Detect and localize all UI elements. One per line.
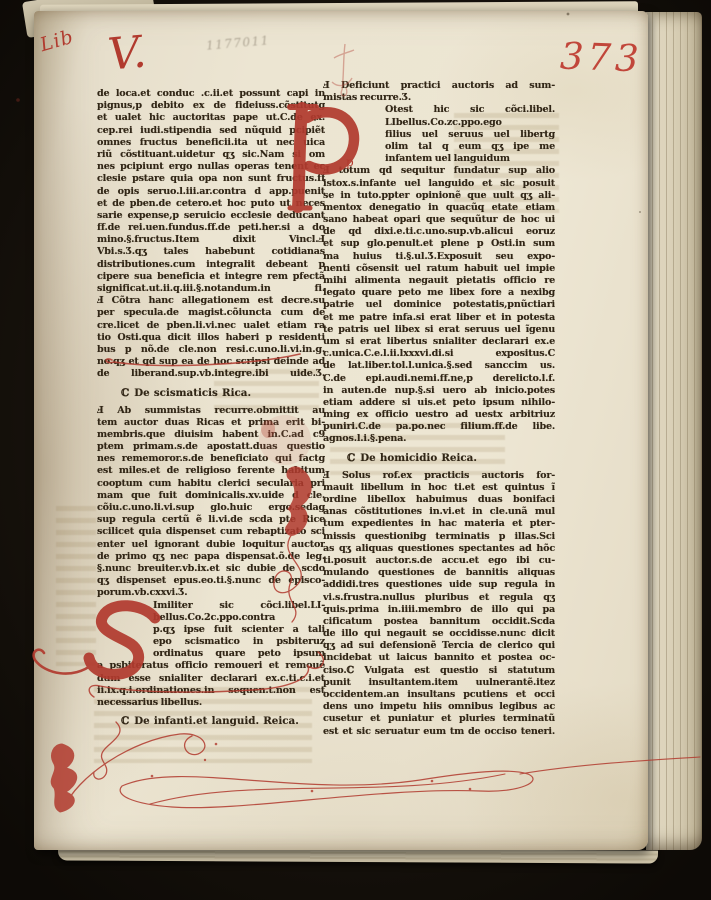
text-line: cificatum postea bannitum occidit.Scda <box>323 616 555 628</box>
text-line: qʒ dispenset epus.eo.ti.§.nunc de episco… <box>97 575 325 587</box>
text-line: Otest hic sic cõci.libel. <box>323 104 555 116</box>
text-line: et me patre infa.si erat liber et in pot… <box>323 312 555 324</box>
text-line: distributiones.cum integralit debeant p <box>97 259 325 271</box>
text-line: significat.ut.ii.q.iii.§.notandum.in fi. <box>97 283 325 295</box>
text-line: ii.ix.q.i.ordinationes.in sequen.t.non e… <box>97 685 325 697</box>
text-line: etiam addere si uis.et peto ipsum nihilo… <box>323 397 555 409</box>
text-line: olim tal q eum qʒ ipe me <box>323 141 555 153</box>
text-line: as qʒ aliquas questiones spectantes ad h… <box>323 543 555 555</box>
text-line: ciso.ℂ Vulgata est questio si statutum <box>323 665 555 677</box>
text-line: vi.s.frustra.nullus pluribus et regula q… <box>323 592 555 604</box>
text-line: Ⅎ Cõtra hanc allegationem est decre.su <box>97 295 325 307</box>
text-line: addidi.tres questiones uide sup regula i… <box>323 579 555 591</box>
text-line: mihi alimenta negauit pietatis officio r… <box>323 275 555 287</box>
text-line: um si erat libertus snialiter declarari … <box>323 336 555 348</box>
text-line: ti.posuit auctor.s.de accu.et ego ibi cu… <box>323 555 555 567</box>
text-line: cooptum cum habitu clerici secularia pri <box>97 478 325 490</box>
text-column-right: Ⅎ Deficiunt practici auctoris ad sum-mis… <box>323 80 555 738</box>
text-line: tum expedientes in hac materia et pter- <box>323 518 555 530</box>
section-heading-text: De homicidio Reica. <box>360 452 477 464</box>
text-line: filius uel seruus uel libertg <box>323 129 555 141</box>
text-line: C.de epi.audi.nemi.ff.ne,p derelicto.l.f… <box>323 373 555 385</box>
text-line: tio Osti.qua dicit illos haberi p reside… <box>97 332 325 344</box>
text-line: Ⅎ Deficiunt practici auctoris ad sum- <box>323 80 555 92</box>
text-line: Vbi.s.Ʒ.qʒ tales habebunt cotidianas <box>97 246 325 258</box>
text-line: cusetur et puniatur et pluries terminatũ <box>323 713 555 725</box>
guide-letter-p: p <box>346 155 354 169</box>
text-line: riũ cõstituant.uidetur qʒ sic.Nam si om <box>97 149 325 161</box>
text-line: cipere sua beneficia et integre rem pfec… <box>97 271 325 283</box>
text-line: dum esse snialiter declarari ex.c.ti.c.i… <box>97 673 325 685</box>
text-line: mino.§.fructus.Item dixit Vincl.Ⅎ <box>97 234 325 246</box>
text-line: et sup glo.penult.et plene p Osti.in sum <box>323 238 555 250</box>
text-line: occidentem.an insultans pcutiens et occi <box>323 689 555 701</box>
initial-paragraph-S: Imiliter sic cõci.libel.LI-bellus.Co.2c.… <box>97 600 325 710</box>
paragraph: Ⅎ Solus rof.ex practicis auctoris for-ma… <box>323 470 555 738</box>
text-line: nes rememoror.s.de beneficiato qui factg <box>97 453 325 465</box>
text-line: mauit libellum in hoc ti.et est quintus … <box>323 482 555 494</box>
text-line: anas cõstitutiones in.vi.et in cle.unã m… <box>323 506 555 518</box>
text-line: Ⅎ Ab summistas recurre.obmittit au <box>97 405 325 417</box>
manuscript-page: de loca.et conduc .c.ii.et possunt capi … <box>34 11 648 850</box>
text-line: cre.licet de pben.li.vi.nec ualet etiam … <box>97 320 325 332</box>
text-line: ordine libellox habuimus duas bonifaci <box>323 494 555 506</box>
text-line: §.nunc breuiter.vb.ix.et sic dubie de sc… <box>97 563 325 575</box>
text-line: c.unica.C.e.l.ii.lxxxvi.di.si expositus.… <box>323 348 555 360</box>
text-line: agnos.l.i.§.pena. <box>323 433 555 445</box>
text-line: membris.que diuisim habent in.C.ad c9 <box>97 429 325 441</box>
text-line: scilicet quia dispenset cum rebaptizato … <box>97 526 325 538</box>
text-line: sup regula certũ ẽ li.vi.de scda pte Ric… <box>97 514 325 526</box>
text-line: sano habeat opari que sequũtur de hoc ui <box>323 214 555 226</box>
folio-number: 373 <box>559 35 643 81</box>
text-line: Ⅎ Solus rof.ex practicis auctoris for- <box>323 470 555 482</box>
text-line: cõiu.c.uno.li.vi.sup glo.huic ergo.sedag <box>97 502 325 514</box>
text-line: LIbellus.Co.zc.ppo.ego <box>323 117 555 129</box>
text-line: enter uel ignorant dubie loquitur auctor <box>97 539 325 551</box>
text-line: nes pcipiunt ergo nullas operas tenent e… <box>97 161 325 173</box>
text-line: Imiliter sic cõci.libel.LI- <box>97 600 325 612</box>
text-line: missis questionibg terminatis p illas.Sc… <box>323 531 555 543</box>
paragraph: Ⅎ Deficiunt practici auctoris ad sum-mis… <box>323 80 555 104</box>
fore-edge-page-stack <box>646 12 702 850</box>
text-line: ma huius ti.§.ul.Ʒ.Exposuit seu expo- <box>323 251 555 263</box>
capitulum-mark: ℂ <box>347 452 355 464</box>
text-line: infantem uel languidum <box>323 153 555 165</box>
text-line: mulando questiones de bannitis aliquas <box>323 567 555 579</box>
initial-paragraph-P: Otest hic sic cõci.libel.LIbellus.Co.zc.… <box>323 104 555 445</box>
text-line: no.qʒ et qd sup ea de hoc scripsi deinde… <box>97 356 325 368</box>
paragraph: Ⅎ Ab summistas recurre.obmittit autem au… <box>97 405 325 600</box>
text-line: de opis seruo.l.iii.ar.contra d app.puen… <box>97 186 325 198</box>
text-line: necessarius libellus. <box>97 697 325 709</box>
section-heading-text: De scismaticis Rica. <box>134 387 251 399</box>
text-line: est et sic seruatur eum tm de occiso ten… <box>323 726 555 738</box>
section-heading: ℂDe scismaticis Rica. <box>97 387 325 400</box>
text-line: ff.de rei.uen.fundus.ff.de peti.her.si a… <box>97 222 325 234</box>
text-line: dens uno impetu hiis omnibus legibus ac <box>323 701 555 713</box>
book-photo: de loca.et conduc .c.ii.et possunt capi … <box>0 0 711 900</box>
text-line: istox.s.infante uel languido et sic posu… <box>323 178 555 190</box>
paragraph: de loca.et conduc .c.ii.et possunt capi … <box>97 88 325 381</box>
text-line: qʒ ad sui defensionẽ Tercia de clerico q… <box>323 640 555 652</box>
text-line: p.qʒ ipse fuit scienter a tali <box>97 624 325 636</box>
text-line: mistas recurre.Ʒ. <box>323 92 555 104</box>
text-line: punit insultantem.item uulnerantẽ.itez <box>323 677 555 689</box>
text-line: pignus,p debito ex de fideiuss.cõstitutg <box>97 100 325 112</box>
text-line: quis.prima in.iiii.membro de illo qui pa <box>323 604 555 616</box>
text-column-left: de loca.et conduc .c.ii.et possunt capi … <box>97 88 325 733</box>
text-line: sarie expense,p seruicio ecclesie deduca… <box>97 210 325 222</box>
text-line: de lat.liber.tol.l.unica.§.sed sanccim u… <box>323 360 555 372</box>
text-line: tem auctor duas Ricas et prima erit bi- <box>97 417 325 429</box>
text-line: te patris uel libex si erat seruus uel ĩ… <box>323 324 555 336</box>
text-line: ptem primam.s.de apostatt.duas questio <box>97 441 325 453</box>
section-heading-text: De infanti.et languid. Reica. <box>134 715 299 727</box>
text-line: mentox denegatio in quacũq etate etiam <box>323 202 555 214</box>
text-line: bus p nõ.de cle.non resi.c.uno.li.vi.in.… <box>97 344 325 356</box>
section-heading: ℂDe infanti.et languid. Reica. <box>97 715 325 728</box>
text-line: in auten.de nup.§.si uero ab inicio.pote… <box>323 385 555 397</box>
text-line: omnes fructus beneficii.ita ut nec uica <box>97 137 325 149</box>
text-line: bellus.Co.2c.ppo.contra <box>97 612 325 624</box>
text-line: ordinatus quare peto ipsum <box>97 648 325 660</box>
text-line: incidebat ut laicus bannito et postea oc… <box>323 652 555 664</box>
text-line: puniri.C.de pa.po.nec filium.ff.de libe. <box>323 421 555 433</box>
text-line: se in tuto.ppter opinionẽ que uult qʒ al… <box>323 190 555 202</box>
text-line: de illo qui negauit se occidisse.nunc di… <box>323 628 555 640</box>
text-line: legato quare peto me libex fore a nexibg <box>323 287 555 299</box>
text-line: de qd dixi.e.ti.c.uno.sup.vb.alicui eoru… <box>323 226 555 238</box>
text-line: et de pben.de cetero.et hoc puto ut nece… <box>97 198 325 210</box>
section-heading: ℂDe homicidio Reica. <box>323 452 555 465</box>
chapter-numeral: V. <box>106 26 148 80</box>
text-line: a psbiteratus officio remoueri et remouẽ <box>97 660 325 672</box>
text-line: de primo qʒ nec papa dispensat.õ.de leg. <box>97 551 325 563</box>
capitulum-mark: ℂ <box>121 715 129 727</box>
text-line: Ⅎ totum qd sequitur fundatur sup alio <box>323 165 555 177</box>
text-line: clesie pstare quia opa non sunt fructus.… <box>97 173 325 185</box>
text-line: cep.rei iudi.stipendia sed nũquid pcipiẽ… <box>97 125 325 137</box>
text-line: est miles.et de religioso ferente habitu… <box>97 465 325 477</box>
text-line: de loca.et conduc .c.ii.et possunt capi … <box>97 88 325 100</box>
text-line: et ualet hic auctoritas pape ut.C.de ex. <box>97 112 325 124</box>
text-line: patrie uel dominice potestatis,pnũctiari <box>323 299 555 311</box>
text-line: ming ex officio uestro ad uestx arbitriu… <box>323 409 555 421</box>
text-line: mam que fuit dominicalis.xv.uide d cle. <box>97 490 325 502</box>
text-line: de liberand.sup.vb.integre.ibi uide.Ʒ. <box>97 368 325 380</box>
text-line: porum.vb.cxxvi.Ʒ. <box>97 587 325 599</box>
text-line: per specula.de magist.cõiuncta cum de <box>97 307 325 319</box>
capitulum-mark: ℂ <box>121 387 129 399</box>
showthrough-patch <box>56 506 96 666</box>
text-line: nenti cõsensit uel ratum habuit uel impi… <box>323 263 555 275</box>
text-line: epo scismatico in psbiteruz <box>97 636 325 648</box>
